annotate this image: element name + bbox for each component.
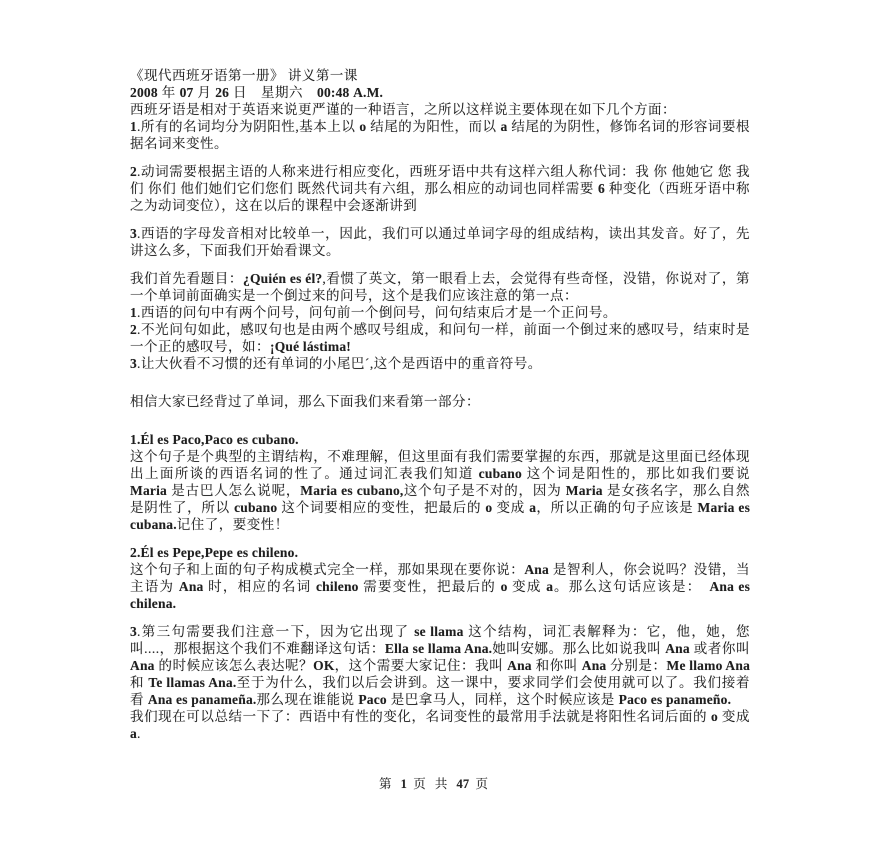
text-run: 的时候应该怎么表达呢？ bbox=[155, 658, 314, 673]
text-run: 西班牙语是相对于英语来说更严谨的一种语言，之所以这样说主要体现在如下几个方面： bbox=[130, 102, 676, 117]
doc-title: 《现代西班牙语第一册》 讲义第一课 bbox=[130, 67, 750, 84]
latin-bold-text: Me llamo Ana bbox=[667, 658, 751, 673]
text-run: 年 bbox=[158, 85, 180, 100]
punctuation-note-1: 1.西语的问句中有两个问号，问句前一个倒问号，问句结束后才是一个正问号。 bbox=[130, 304, 750, 321]
latin-bold-text: Ana bbox=[665, 641, 690, 656]
latin-bold-text: 3 bbox=[130, 356, 137, 371]
paragraph-spacer bbox=[130, 259, 750, 270]
text-run: 第 bbox=[379, 777, 401, 791]
page-footer: 第 1 页 共 47 页 bbox=[0, 774, 870, 792]
latin-bold-text: o bbox=[711, 709, 718, 724]
text-run: .不光问句如此，感叹句也是由两个感叹号组成，和问句一样，前面一个倒过来的感叹号，… bbox=[130, 322, 750, 354]
latin-bold-text: 2 bbox=[130, 322, 137, 337]
latin-bold-text: o bbox=[501, 579, 508, 594]
latin-bold-text: ¡Qué lástima! bbox=[270, 339, 351, 354]
paragraph-spacer bbox=[130, 612, 750, 623]
feature-point-2: 2.动词需要根据主语的人称来进行相应变化，西班牙语中共有这样六组人称代词：我 你… bbox=[130, 163, 750, 214]
text-run: 变成 bbox=[718, 709, 750, 724]
latin-bold-text: Ana bbox=[130, 658, 155, 673]
paragraph-spacer bbox=[130, 214, 750, 225]
punctuation-note-2: 2.不光问句如此，感叹句也是由两个感叹号组成，和问句一样，前面一个倒过来的感叹号… bbox=[130, 321, 750, 355]
text-run: 这个词是阳性的，那比如我们要说 bbox=[522, 466, 750, 481]
latin-bold-text: Paco bbox=[358, 692, 387, 707]
text-run: 和 bbox=[130, 675, 148, 690]
latin-bold-text: Te llamas Ana. bbox=[148, 675, 236, 690]
latin-bold-text: cubano bbox=[479, 466, 522, 481]
text-run: 变成 bbox=[492, 500, 529, 515]
text-run: 页 共 bbox=[407, 777, 456, 791]
latin-bold-text: 3 bbox=[130, 624, 137, 639]
sentence-2-explanation: 这个句子和上面的句子构成模式完全一样，那如果现在要你说：Ana 是智利人，你会说… bbox=[130, 561, 750, 612]
feature-point-3: 3.西语的字母发音相对比较单一，因此，我们可以通过单词字母的组成结构，读出其发音… bbox=[130, 225, 750, 259]
latin-bold-text: Maria es cubano, bbox=[300, 483, 403, 498]
document-page: 《现代西班牙语第一册》 讲义第一课2008 年 07 月 26 日 星期六 00… bbox=[0, 0, 870, 842]
latin-bold-text: Ana bbox=[179, 579, 204, 594]
latin-bold-text: Ella se llama Ana. bbox=[385, 641, 492, 656]
summary-paragraph: 我们现在可以总结一下了：西语中有性的变化，名词变性的最常用手法就是将阳性名词后面… bbox=[130, 708, 750, 742]
text-run: 那么现在谁能说 bbox=[256, 692, 358, 707]
text-run: .西语的问句中有两个问号，问句前一个倒问号，问句结束后才是一个正问号。 bbox=[137, 305, 617, 320]
sentence-1-explanation: 这个句子是个典型的主谓结构，不难理解，但这里面有我们需要掌握的东西，那就是这里面… bbox=[130, 448, 750, 533]
intro-paragraph: 西班牙语是相对于英语来说更严谨的一种语言，之所以这样说主要体现在如下几个方面： bbox=[130, 101, 750, 118]
text-run: 记住了，要变性！ bbox=[177, 517, 289, 532]
latin-bold-text: 2008 bbox=[130, 85, 158, 100]
text-run: 页 bbox=[469, 777, 491, 791]
text-run: 《现代西班牙语第一册》 讲义第一课 bbox=[130, 68, 358, 83]
latin-bold-text: a bbox=[130, 726, 137, 741]
latin-bold-text: 1 bbox=[130, 119, 137, 134]
latin-bold-text: Ana bbox=[524, 562, 549, 577]
latin-bold-text: chileno bbox=[316, 579, 359, 594]
text-run: 这个句子是不对的，因为 bbox=[404, 483, 566, 498]
latin-bold-text: 1 bbox=[130, 305, 137, 320]
text-run: ，这个需要大家记住：我叫 bbox=[335, 658, 508, 673]
latin-bold-text: 2 bbox=[130, 164, 137, 179]
text-run: .让大伙看不习惯的还有单词的小尾巴´,这个是西语中的重音符号。 bbox=[137, 356, 542, 371]
part-one-intro: 相信大家已经背过了单词，那么下面我们来看第一部分： bbox=[130, 393, 750, 410]
latin-bold-text: ¿Quién es él? bbox=[243, 271, 322, 286]
text-run: 日 星期六 bbox=[229, 85, 317, 100]
text-run: 我们首先看题目： bbox=[130, 271, 243, 286]
text-run: 分别是： bbox=[606, 658, 666, 673]
text-run: ，所以正确的句子应该是 bbox=[536, 500, 697, 515]
topic-paragraph: 我们首先看题目：¿Quién es él?,看惯了英文，第一眼看上去，会觉得有些… bbox=[130, 270, 750, 304]
text-run: 时，相应的名词 bbox=[203, 579, 315, 594]
latin-bold-text: 2.Él es Pepe,Pepe es chileno. bbox=[130, 545, 298, 560]
text-run: 这个词要相应的变性，把最后的 bbox=[277, 500, 485, 515]
latin-bold-text: Ana es panameña. bbox=[148, 692, 257, 707]
latin-bold-text: 00:48 A.M. bbox=[317, 85, 383, 100]
feature-point-1: 1.所有的名词均分为阴阳性,基本上以 o 结尾的为阳性，而以 a 结尾的为阴性，… bbox=[130, 118, 750, 152]
paragraph-spacer bbox=[130, 533, 750, 544]
text-run: 结尾的为阳性，而以 bbox=[366, 119, 500, 134]
latin-bold-text: Maria bbox=[566, 483, 603, 498]
text-run: . bbox=[137, 726, 141, 741]
text-run: 是古巴人怎么说呢， bbox=[167, 483, 300, 498]
text-run: 她叫安娜。那么比如说我叫 bbox=[492, 641, 665, 656]
latin-bold-text: 6 bbox=[598, 181, 605, 196]
latin-bold-text: 07 bbox=[180, 85, 194, 100]
latin-bold-text: Ana bbox=[582, 658, 607, 673]
latin-bold-text: 47 bbox=[456, 777, 469, 791]
text-run: 。那么这句话应该是： bbox=[553, 579, 709, 594]
text-run: 月 bbox=[193, 85, 215, 100]
text-run: 相信大家已经背过了单词，那么下面我们来看第一部分： bbox=[130, 394, 480, 409]
latin-bold-text: se llama bbox=[414, 624, 463, 639]
paragraph-spacer bbox=[130, 372, 750, 393]
text-run: .第三句需要我们注意一下，因为它出现了 bbox=[137, 624, 414, 639]
text-run: 变成 bbox=[508, 579, 547, 594]
sentence-1-heading: 1.Él es Paco,Paco es cubano. bbox=[130, 431, 750, 448]
paragraph-spacer bbox=[130, 410, 750, 431]
latin-bold-text: Paco es panameño. bbox=[619, 692, 732, 707]
latin-bold-text: Maria bbox=[130, 483, 167, 498]
text-run: .西语的字母发音相对比较单一，因此，我们可以通过单词字母的组成结构，读出其发音。… bbox=[130, 226, 750, 258]
doc-date: 2008 年 07 月 26 日 星期六 00:48 A.M. bbox=[130, 84, 750, 101]
punctuation-note-3: 3.让大伙看不习惯的还有单词的小尾巴´,这个是西语中的重音符号。 bbox=[130, 355, 750, 372]
sentence-2-heading: 2.Él es Pepe,Pepe es chileno. bbox=[130, 544, 750, 561]
latin-bold-text: Ana bbox=[507, 658, 532, 673]
latin-bold-text: cubano bbox=[234, 500, 277, 515]
latin-bold-text: OK bbox=[313, 658, 334, 673]
text-run: .所有的名词均分为阴阳性,基本上以 bbox=[137, 119, 359, 134]
latin-bold-text: 26 bbox=[215, 85, 229, 100]
paragraph-spacer bbox=[130, 152, 750, 163]
latin-bold-text: 1.Él es Paco,Paco es cubano. bbox=[130, 432, 299, 447]
sentence-3-explanation: 3.第三句需要我们注意一下，因为它出现了 se llama 这个结构，词汇表解释… bbox=[130, 623, 750, 708]
text-run: 需要变性，把最后的 bbox=[359, 579, 501, 594]
text-run: 我们现在可以总结一下了：西语中有性的变化，名词变性的最常用手法就是将阳性名词后面… bbox=[130, 709, 711, 724]
text-run: 或者你叫 bbox=[690, 641, 750, 656]
text-run: 和你叫 bbox=[532, 658, 582, 673]
latin-bold-text: 3 bbox=[130, 226, 137, 241]
text-run: 是巴拿马人，同样，这个时候应该是 bbox=[387, 692, 619, 707]
text-run: 这个句子和上面的句子构成模式完全一样，那如果现在要你说： bbox=[130, 562, 524, 577]
document-body: 《现代西班牙语第一册》 讲义第一课2008 年 07 月 26 日 星期六 00… bbox=[130, 67, 750, 742]
